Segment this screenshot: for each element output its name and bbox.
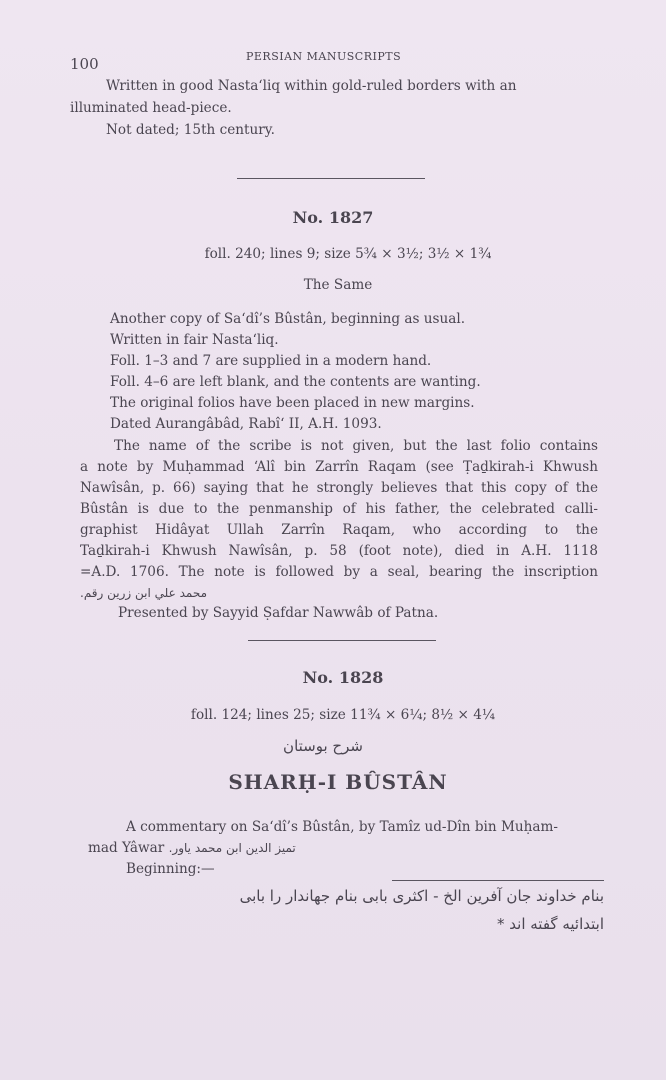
entry-line: Another copy of Sa‘dî’s Bûstân, beginnin…: [110, 309, 465, 330]
entry-specs-1827: foll. 240; lines 9; size 5¾ × 3½; 3½ × 1…: [0, 244, 666, 265]
running-title: PERSIAN MANUSCRIPTS: [246, 50, 401, 63]
entry-line: Foll. 4–6 are left blank, and the conten…: [110, 372, 481, 393]
entry-line: The original folios have been placed in …: [110, 393, 475, 414]
paragraph-line: Taḏkirah-i Khwush Nawîsân, p. 58 (foot n…: [80, 541, 598, 562]
manuscript-page: 100 PERSIAN MANUSCRIPTS Written in good …: [0, 0, 666, 1080]
entry-line: Dated Aurangâbâd, Rabî‘ II, A.H. 1093.: [110, 414, 382, 435]
entry-line: Foll. 1–3 and 7 are supplied in a modern…: [110, 351, 431, 372]
prev-entry-line-1: Written in good Nasta‘liq within gold-ru…: [106, 76, 516, 97]
page-number: 100: [70, 55, 99, 73]
entry-number-1827: No. 1827: [0, 208, 666, 227]
entry-title-1827: The Same: [0, 275, 666, 296]
beginning-text-line-1: بنام خداوند جان آفرين الخ - اكثرى بابى ب…: [90, 887, 604, 905]
presented-by: Presented by Sayyid Ṣafdar Nawwâb of Pat…: [118, 603, 438, 624]
paragraph-line: =A.D. 1706. The note is followed by a se…: [80, 562, 598, 583]
description-line-2: mad Yâwar تميز الدين ابن محمد ياور.: [88, 838, 296, 859]
prev-entry-line-2: illuminated head-piece.: [70, 98, 232, 119]
description-latin: mad Yâwar: [88, 840, 164, 856]
paragraph-line: graphist Hidâyat Ullah Zarrîn Raqam, who…: [80, 520, 598, 541]
paragraph-line: Bûstân is due to the penmanship of his f…: [80, 499, 598, 520]
prev-entry-line-3: Not dated; 15th century.: [106, 120, 275, 141]
seal-inscription: محمد علي ابن زرين رقم.: [80, 583, 207, 604]
paragraph-line: Nawîsân, p. 66) saying that he strongly …: [80, 478, 598, 499]
beginning-label: Beginning:—: [126, 859, 215, 880]
paragraph-line: a note by Muḥammad ‘Alî bin Zarrîn Raqam…: [80, 457, 598, 478]
entry-number-1828: No. 1828: [0, 668, 666, 687]
work-title: SHARḤ-I BÛSTÂN: [0, 770, 666, 794]
overline-rule: [392, 880, 604, 881]
section-divider: [248, 640, 436, 641]
arabic-title: شرح بوستان: [0, 737, 666, 755]
beginning-text-line-2: ابتدائيه گفته اند *: [90, 915, 604, 933]
entry-specs-1828: foll. 124; lines 25; size 11¾ × 6¼; 8½ ×…: [0, 705, 666, 726]
entry-line: Written in fair Nasta‘liq.: [110, 330, 279, 351]
description-arabic: تميز الدين ابن محمد ياور.: [169, 841, 296, 855]
description-line-1: A commentary on Sa‘dî’s Bûstân, by Tamîz…: [126, 817, 558, 838]
paragraph-line: The name of the scribe is not given, but…: [114, 436, 598, 457]
section-divider: [237, 178, 425, 179]
